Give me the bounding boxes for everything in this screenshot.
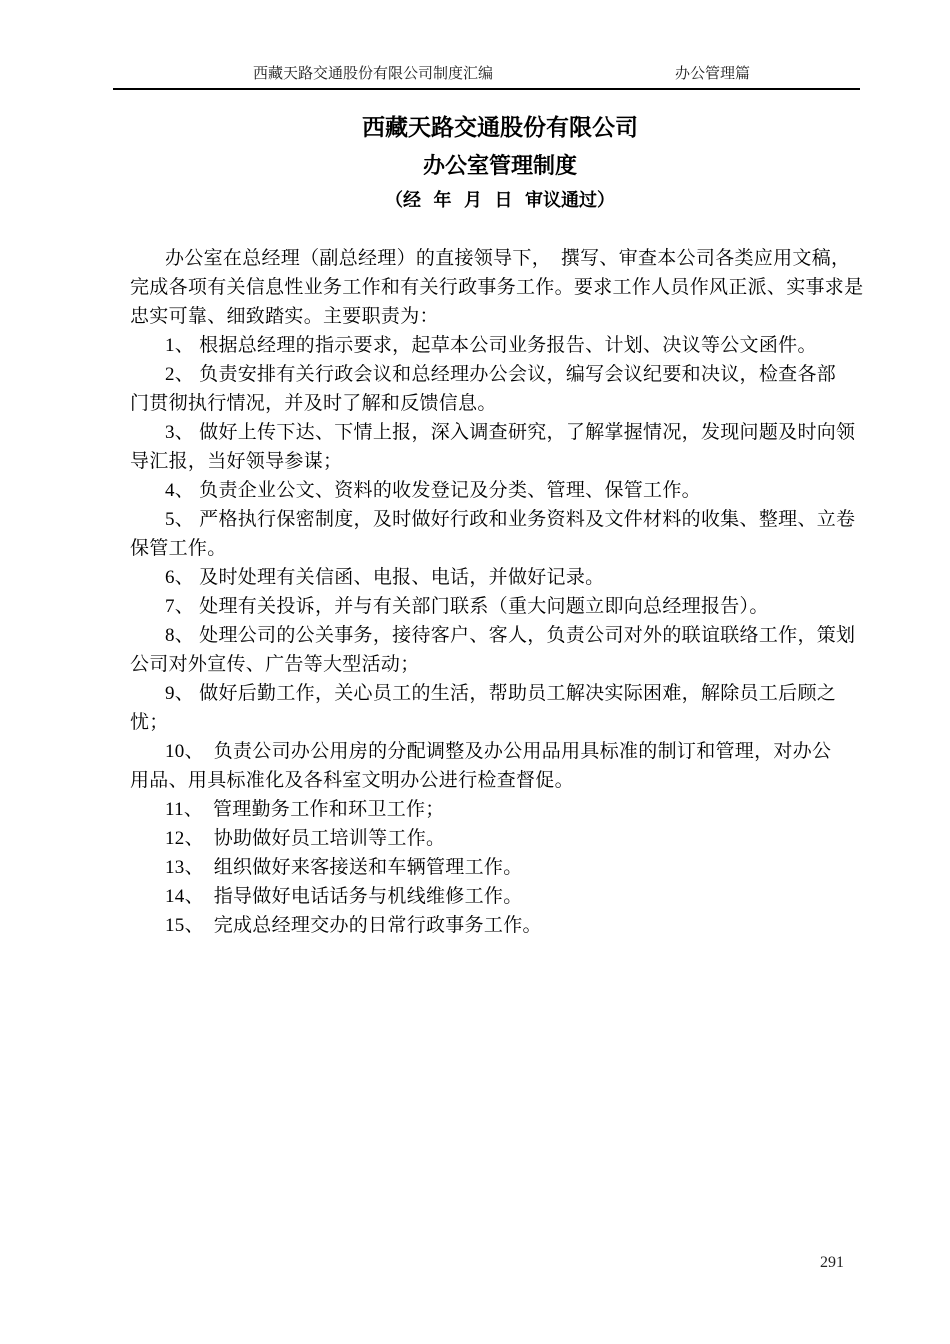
duty-item-4: 4、 负责企业公文、资料的收发登记及分类、管理、保管工作。 xyxy=(130,476,875,505)
duty-item-14: 14、 指导做好电话话务与机线维修工作。 xyxy=(130,882,875,911)
page-header: 西藏天路交通股份有限公司制度汇编 办公管理篇 xyxy=(113,58,860,90)
duty-item-13: 13、 组织做好来客接送和车辆管理工作。 xyxy=(130,853,875,882)
duty-item-7: 7、 处理有关投诉，并与有关部门联系（重大问题立即向总经理报告）。 xyxy=(130,592,875,621)
page-number: 291 xyxy=(820,1254,844,1272)
duty-item-2: 2、 负责安排有关行政会议和总经理办公会议，编写会议纪要和决议，检查各部 门贯彻… xyxy=(130,360,875,418)
duty-item-3: 3、 做好上传下达、下情上报，深入调查研究，了解掌握情况，发现问题及时向领 导汇… xyxy=(130,418,875,476)
duty-item-8: 8、 处理公司的公关事务，接待客户、客人，负责公司对外的联谊联络工作，策划 公司… xyxy=(130,621,875,679)
approval-line: （经 年 月 日 审议通过） xyxy=(130,188,870,212)
document-page: 西藏天路交通股份有限公司制度汇编 办公管理篇 西藏天路交通股份有限公司 办公室管… xyxy=(0,0,950,1344)
document-body: 办公室在总经理（副总经理）的直接领导下， 撰写、审查本公司各类应用文稿， 完成各… xyxy=(130,244,875,940)
duty-item-6: 6、 及时处理有关信函、电报、电话，并做好记录。 xyxy=(130,563,875,592)
document-title: 西藏天路交通股份有限公司 xyxy=(130,112,870,144)
duty-item-5: 5、 严格执行保密制度，及时做好行政和业务资料及文件材料的收集、整理、立卷 保管… xyxy=(130,505,875,563)
duty-item-12: 12、 协助做好员工培训等工作。 xyxy=(130,824,875,853)
intro-paragraph: 办公室在总经理（副总经理）的直接领导下， 撰写、审查本公司各类应用文稿， 完成各… xyxy=(130,244,875,331)
title-block: 西藏天路交通股份有限公司 办公室管理制度 （经 年 月 日 审议通过） xyxy=(130,112,870,212)
duty-item-15: 15、 完成总经理交办的日常行政事务工作。 xyxy=(130,911,875,940)
duty-item-10: 10、 负责公司办公用房的分配调整及办公用品用具标准的制订和管理，对办公 用品、… xyxy=(130,737,875,795)
duty-item-11: 11、 管理勤务工作和环卫工作； xyxy=(130,795,875,824)
header-right-text: 办公管理篇 xyxy=(675,62,750,83)
duty-item-1: 1、 根据总经理的指示要求，起草本公司业务报告、计划、决议等公文函件。 xyxy=(130,331,875,360)
document-subtitle: 办公室管理制度 xyxy=(130,151,870,181)
duty-item-9: 9、 做好后勤工作，关心员工的生活，帮助员工解决实际困难，解除员工后顾之 忧； xyxy=(130,679,875,737)
header-left-text: 西藏天路交通股份有限公司制度汇编 xyxy=(253,62,493,83)
